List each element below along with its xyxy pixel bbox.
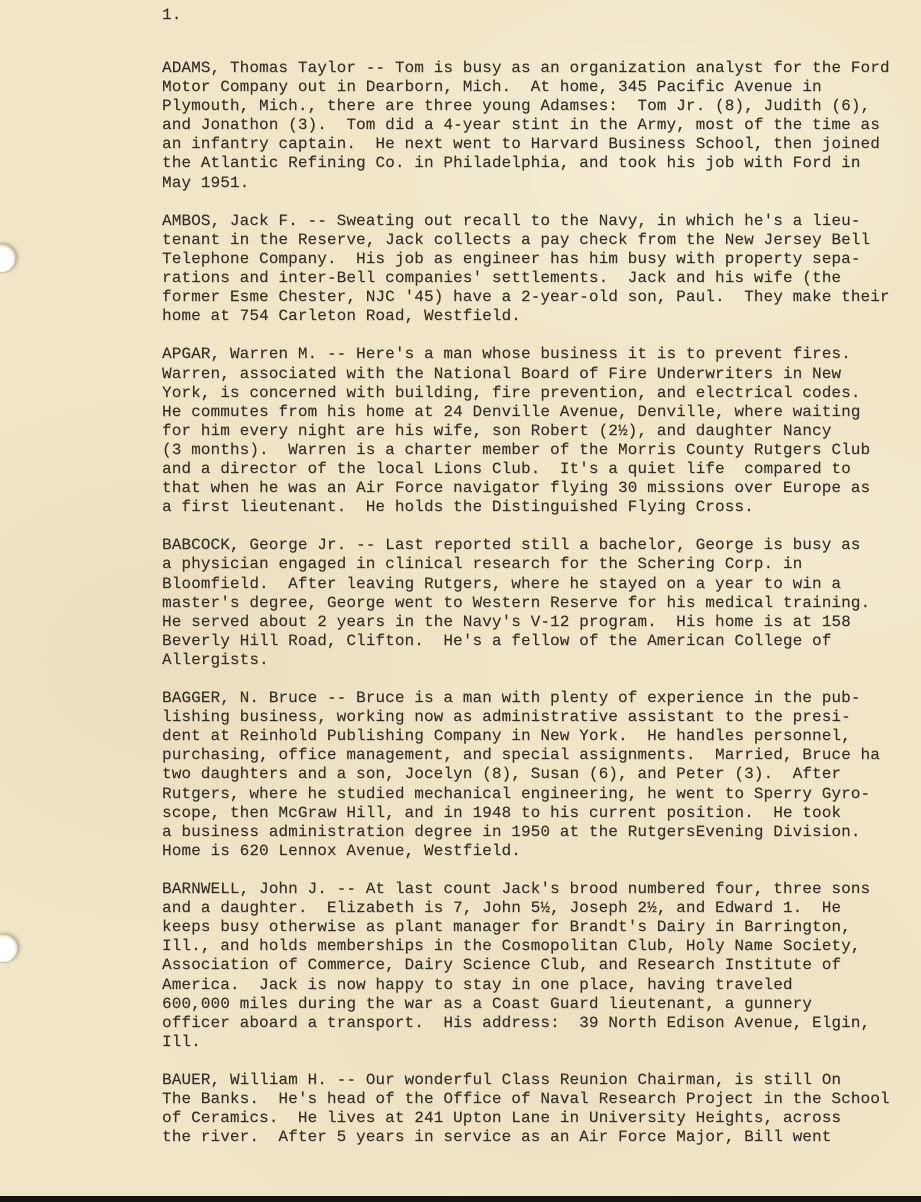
- entry-line: BAGGER, N. Bruce -- Bruce is a man with …: [162, 689, 907, 708]
- entry-line: and a director of the local Lions Club. …: [162, 460, 907, 479]
- entry-line: officer aboard a transport. His address:…: [162, 1014, 907, 1033]
- entry-line: a business administration degree in 1950…: [162, 823, 907, 842]
- entry-line: Plymouth, Mich., there are three young A…: [162, 97, 907, 116]
- entry-line: He commutes from his home at 24 Denville…: [162, 403, 907, 422]
- entry-line: Telephone Company. His job as engineer h…: [162, 250, 907, 269]
- entry-line: home at 754 Carleton Road, Westfield.: [162, 307, 907, 326]
- entry-line: scope, then McGraw Hill, and in 1948 to …: [162, 804, 907, 823]
- entry-line: APGAR, Warren M. -- Here's a man whose b…: [162, 345, 907, 364]
- entry-line: of Ceramics. He lives at 241 Upton Lane …: [162, 1109, 907, 1128]
- entry-line: BARNWELL, John J. -- At last count Jack'…: [162, 880, 907, 899]
- document-content: 1. ADAMS, Thomas Taylor -- Tom is busy a…: [162, 6, 907, 1166]
- entry-line: former Esme Chester, NJC '45) have a 2-y…: [162, 288, 907, 307]
- entry-paragraph: BAGGER, N. Bruce -- Bruce is a man with …: [162, 689, 907, 861]
- entry-line: rations and inter-Bell companies' settle…: [162, 269, 907, 288]
- entry-paragraph: AMBOS, Jack F. -- Sweating out recall to…: [162, 212, 907, 327]
- entry-line: lishing business, working now as adminis…: [162, 708, 907, 727]
- entry-line: Ill., and holds memberships in the Cosmo…: [162, 937, 907, 956]
- entry-line: Warren, associated with the National Boa…: [162, 365, 907, 384]
- entry-line: Home is 620 Lennox Avenue, Westfield.: [162, 842, 907, 861]
- entry-line: York, is concerned with building, fire p…: [162, 384, 907, 403]
- entry-line: keeps busy otherwise as plant manager fo…: [162, 918, 907, 937]
- entry-line: a physician engaged in clinical research…: [162, 555, 907, 574]
- entry-line: dent at Reinhold Publishing Company in N…: [162, 727, 907, 746]
- entry-line: Rutgers, where he studied mechanical eng…: [162, 785, 907, 804]
- entry-paragraph: APGAR, Warren M. -- Here's a man whose b…: [162, 345, 907, 517]
- entry-paragraph: ADAMS, Thomas Taylor -- Tom is busy as a…: [162, 59, 907, 193]
- entry-line: that when he was an Air Force navigator …: [162, 479, 907, 498]
- entry-line: Motor Company out in Dearborn, Mich. At …: [162, 78, 907, 97]
- entry-line: Allergists.: [162, 651, 907, 670]
- entry-line: May 1951.: [162, 174, 907, 193]
- entry-line: and Jonathon (3). Tom did a 4-year stint…: [162, 116, 907, 135]
- entry-line: Association of Commerce, Dairy Science C…: [162, 956, 907, 975]
- entry-line: America. Jack is now happy to stay in on…: [162, 976, 907, 995]
- entry-line: two daughters and a son, Jocelyn (8), Su…: [162, 765, 907, 784]
- entry-line: BAUER, William H. -- Our wonderful Class…: [162, 1071, 907, 1090]
- hole-punch-top: [0, 244, 16, 273]
- entry-paragraph: BABCOCK, George Jr. -- Last reported sti…: [162, 536, 907, 670]
- entry-line: for him every night are his wife, son Ro…: [162, 422, 907, 441]
- entry-line: master's degree, George went to Western …: [162, 594, 907, 613]
- entry-line: Bloomfield. After leaving Rutgers, where…: [162, 575, 907, 594]
- entry-line: Beverly Hill Road, Clifton. He's a fello…: [162, 632, 907, 651]
- entry-line: tenant in the Reserve, Jack collects a p…: [162, 231, 907, 250]
- entries: ADAMS, Thomas Taylor -- Tom is busy as a…: [162, 59, 907, 1147]
- entry-line: The Banks. He's head of the Office of Na…: [162, 1090, 907, 1109]
- hole-punch-bottom: [0, 934, 18, 963]
- entry-line: He served about 2 years in the Navy's V-…: [162, 613, 907, 632]
- entry-line: AMBOS, Jack F. -- Sweating out recall to…: [162, 212, 907, 231]
- entry-paragraph: BAUER, William H. -- Our wonderful Class…: [162, 1071, 907, 1147]
- scan-edge-bottom: [0, 1196, 921, 1202]
- entry-line: ADAMS, Thomas Taylor -- Tom is busy as a…: [162, 59, 907, 78]
- entry-line: an infantry captain. He next went to Har…: [162, 135, 907, 154]
- entry-line: Ill.: [162, 1033, 907, 1052]
- entry-paragraph: BARNWELL, John J. -- At last count Jack'…: [162, 880, 907, 1052]
- entry-line: the river. After 5 years in service as a…: [162, 1128, 907, 1147]
- entry-line: 600,000 miles during the war as a Coast …: [162, 995, 907, 1014]
- entry-line: purchasing, office management, and speci…: [162, 746, 907, 765]
- entry-line: (3 months). Warren is a charter member o…: [162, 441, 907, 460]
- entry-line: the Atlantic Refining Co. in Philadelphi…: [162, 154, 907, 173]
- entry-line: and a daughter. Elizabeth is 7, John 5½,…: [162, 899, 907, 918]
- entry-line: BABCOCK, George Jr. -- Last reported sti…: [162, 536, 907, 555]
- entry-line: a first lieutenant. He holds the Disting…: [162, 498, 907, 517]
- page-number: 1.: [162, 6, 907, 25]
- scanned-document-page: 1. ADAMS, Thomas Taylor -- Tom is busy a…: [0, 0, 921, 1202]
